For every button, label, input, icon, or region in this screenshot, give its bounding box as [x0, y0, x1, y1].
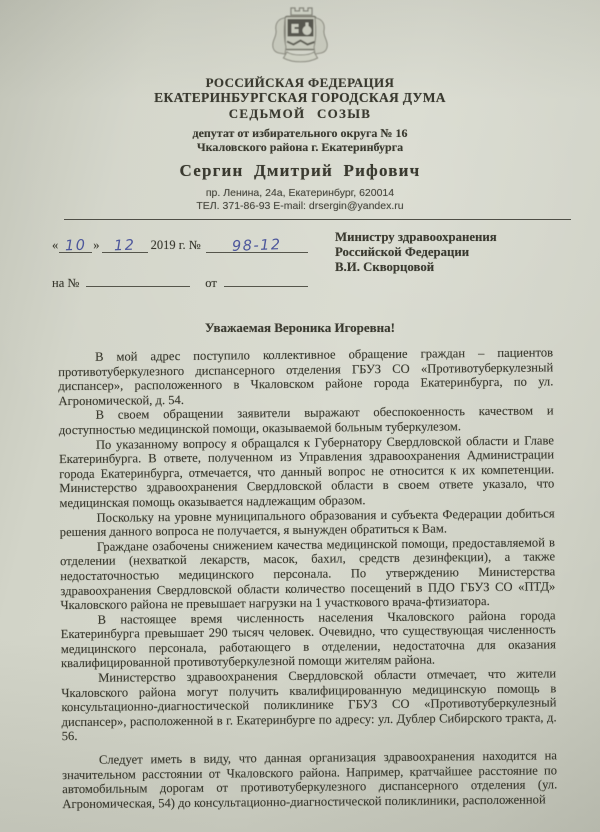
reply-number-blank [86, 274, 190, 287]
quote-close: » [93, 238, 99, 252]
letterhead-organization: ЕКАТЕРИНБУРГСКАЯ ГОРОДСКАЯ ДУМА [0, 90, 600, 106]
reply-date-label: от [205, 276, 217, 290]
letterhead-contacts: ТЕЛ. 371-86-93 E-mail: drsergin@yandex.r… [0, 200, 600, 213]
letterhead-convocation: СЕДЬМОЙ СОЗЫВ [0, 106, 600, 121]
year-and-number-label: 2019 г. № [151, 238, 201, 252]
handwritten-month: 12 [114, 240, 136, 254]
addressee-position: Министру здравоохранения [335, 230, 497, 245]
yekaterinburg-coat-of-arms-emblem [261, 5, 339, 71]
reply-number-label: на № [52, 276, 79, 290]
paragraph: Следует иметь в виду, что данная организ… [62, 748, 558, 811]
addressee-block: Министру здравоохранения Российской Феде… [335, 230, 497, 276]
scanned-letter-page: РОССИЙСКАЯ ФЕДЕРАЦИЯ ЕКАТЕРИНБУРГСКАЯ ГО… [0, 0, 600, 832]
deputy-name: Сергин Дмитрий Рифович [0, 160, 600, 181]
incoming-reference-line: на №от [52, 274, 328, 291]
reply-date-blank [224, 274, 308, 287]
letterhead-country: РОССИЙСКАЯ ФЕДЕРАЦИЯ [0, 75, 600, 90]
letterhead-deputy-district: депутат от избирательного округа № 16 [0, 126, 600, 140]
letterhead-address: пр. Ленина, 24а, Екатеринбург, 620014 [0, 187, 600, 200]
paragraph: По указанному вопросу я обращался к Губе… [59, 433, 555, 511]
paragraph: Поскольку на уровне муниципального образ… [60, 506, 555, 540]
paragraph: В своем обращении заявители выражают обе… [59, 404, 554, 438]
handwritten-number: 98-12 [232, 239, 282, 254]
handwritten-day: 10 [65, 240, 87, 254]
date-day-slot: 10 [59, 239, 92, 253]
letterhead-deputy-city: Чкаловского района г. Екатеринбурга [0, 140, 600, 154]
quote-open: « [52, 238, 58, 252]
paragraph: В мой адрес поступило коллективное обращ… [58, 345, 554, 408]
letter-body: В мой адрес поступило коллективное обращ… [58, 345, 557, 811]
addressee-name: В.И. Скворцовой [335, 260, 497, 275]
paragraph: Министерство здравоохранения Свердловско… [61, 666, 557, 744]
outgoing-reference: «10»12 2019 г. №98-12 на №от [52, 220, 328, 291]
outgoing-date-number-line: «10»12 2019 г. №98-12 [52, 238, 328, 253]
reference-block: «10»12 2019 г. №98-12 на №от Министру зд… [0, 220, 600, 291]
paragraph: Граждане озабочены снижением качества ме… [60, 535, 556, 613]
letterhead: РОССИЙСКАЯ ФЕДЕРАЦИЯ ЕКАТЕРИНБУРГСКАЯ ГО… [0, 0, 600, 212]
outgoing-number-slot: 98-12 [206, 239, 308, 253]
date-month-slot: 12 [102, 239, 148, 253]
salutation: Уважаемая Вероника Игоревна! [0, 320, 600, 336]
addressee-org: Российской Федерации [335, 245, 497, 260]
paragraph: В настоящее время численность населения … [61, 608, 557, 671]
